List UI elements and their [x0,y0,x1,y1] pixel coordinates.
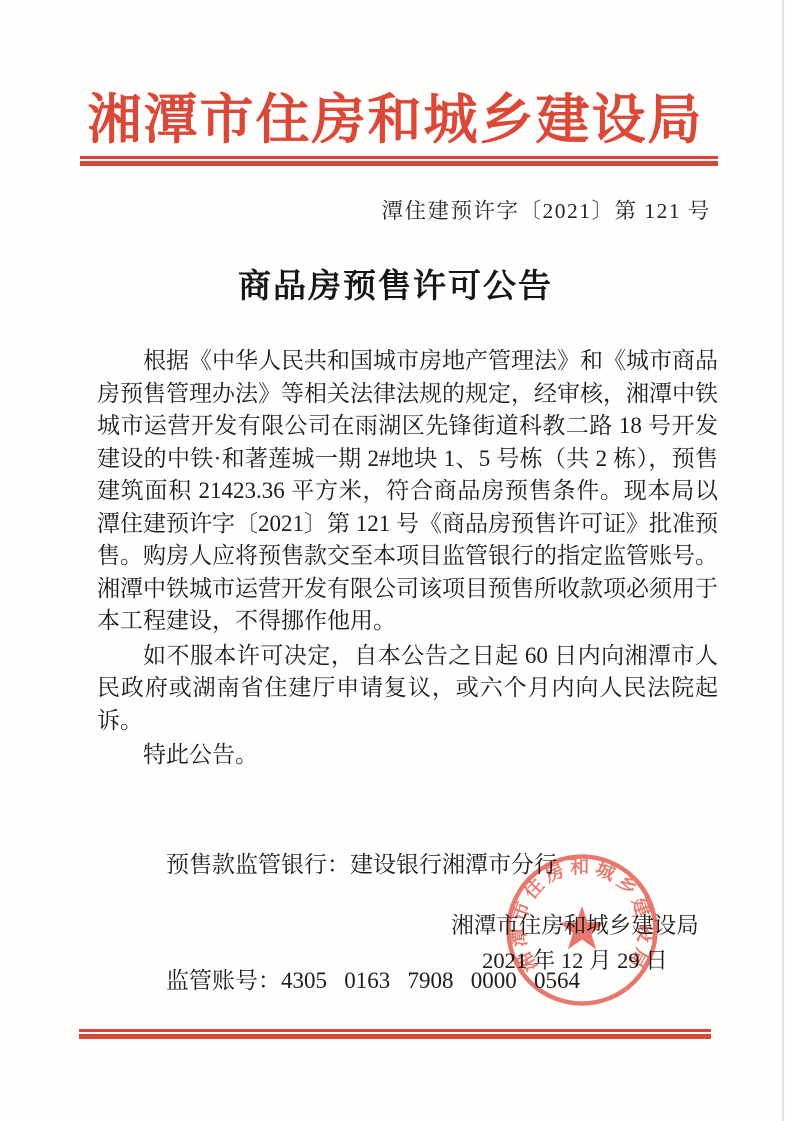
agency-letterhead-title: 湘潭市住房和城乡建设局 [0,84,791,156]
body-paragraph: 根据《中华人民共和国城市房地产管理法》和《城市商品房预售管理办法》等相关法律法规… [97,345,718,638]
document-page: 湘潭市住房和城乡建设局 潭住建预许字〔2021〕第 121 号 商品房预售许可公… [0,0,791,1121]
announcement-body: 根据《中华人民共和国城市房地产管理法》和《城市商品房预售管理办法》等相关法律法规… [97,345,718,772]
supervising-bank-line: 预售款监管银行：建设银行湘潭市分行 [166,846,580,885]
signature-date: 2021 年 12 月 29 日 [445,943,705,978]
body-paragraph: 特此公告。 [97,739,718,772]
document-reference-number: 潭住建预许字〔2021〕第 121 号 [0,194,711,225]
footer-divider-rule [79,1029,711,1039]
signature-block: 湘潭市住房和城乡建设局 2021 年 12 月 29 日 [445,908,705,978]
signer-agency-name: 湘潭市住房和城乡建设局 [445,908,705,943]
body-paragraph: 如不服本许可决定，自本公告之日起 60 日内向湘潭市人民政府或湖南省住建厅申请复… [97,640,718,738]
announcement-title: 商品房预售许可公告 [0,260,791,307]
header-divider-rule [80,156,718,166]
page-scan-edge [782,0,784,1121]
